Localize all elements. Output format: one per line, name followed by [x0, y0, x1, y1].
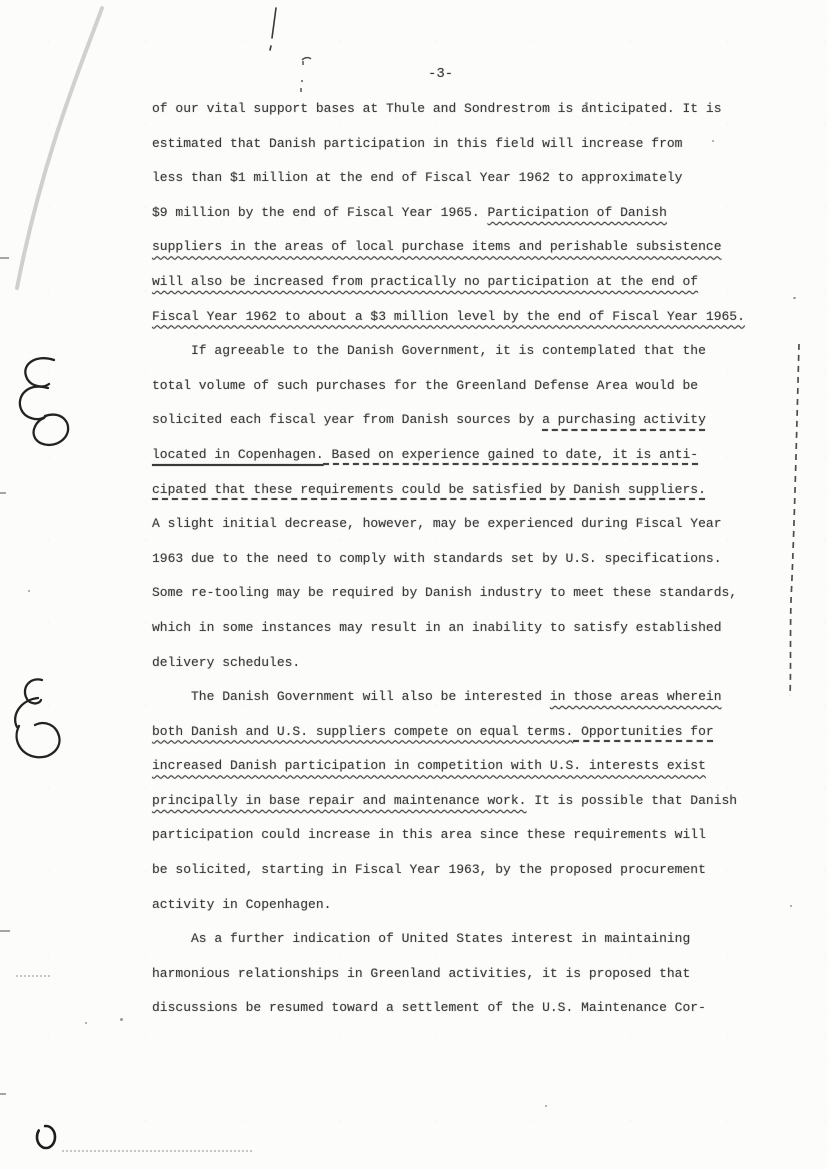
text-segment: As a further indication of United States… — [152, 931, 690, 946]
text-segment: 1963 due to the need to comply with stan… — [152, 551, 722, 566]
scan-speck — [85, 1022, 87, 1024]
text-line: principally in base repair and maintenan… — [152, 784, 812, 819]
scan-speck — [712, 140, 714, 142]
text-line: delivery schedules. — [152, 646, 812, 681]
edge-mark — [0, 257, 9, 259]
dotted-scan-line-2 — [16, 975, 50, 977]
underlined-text: Opportunities for — [573, 724, 713, 739]
underlined-text: located in Copenhagen. — [152, 447, 324, 462]
scan-speck — [640, 520, 642, 522]
text-line: activity in Copenhagen. — [152, 888, 812, 923]
text-line: increased Danish participation in compet… — [152, 749, 812, 784]
smudge-mark — [296, 52, 316, 96]
underlined-text: cipated that these requirements could be… — [152, 482, 706, 497]
text-segment: If agreeable to the Danish Government, i… — [152, 343, 706, 358]
text-segment: of our vital support bases at Thule and … — [152, 101, 722, 116]
underlined-text: principally in base repair and maintenan… — [152, 793, 526, 808]
underlined-text: Based on experience gained to date, it i… — [324, 447, 698, 462]
underlined-text: Fiscal Year 1962 to about a $3 million l… — [152, 309, 745, 324]
scan-speck — [120, 1018, 123, 1021]
scribble-mark-1 — [12, 352, 74, 450]
text-line: $9 million by the end of Fiscal Year 196… — [152, 196, 812, 231]
underlined-text: a purchasing activity — [542, 412, 706, 427]
text-segment: It is possible that Danish — [526, 793, 737, 808]
text-line: will also be increased from practically … — [152, 265, 812, 300]
text-line: The Danish Government will also be inter… — [152, 680, 812, 715]
text-segment: participation could increase in this are… — [152, 827, 706, 842]
text-segment: delivery schedules. — [152, 655, 300, 670]
text-segment: The Danish Government will also be inter… — [152, 689, 550, 704]
underlined-text: will also be increased from practically … — [152, 274, 698, 289]
text-line: A slight initial decrease, however, may … — [152, 507, 812, 542]
text-line: less than $1 million at the end of Fisca… — [152, 161, 812, 196]
text-line: cipated that these requirements could be… — [152, 473, 812, 508]
text-line: estimated that Danish participation in t… — [152, 127, 812, 162]
text-segment: less than $1 million at the end of Fisca… — [152, 170, 683, 185]
text-line: both Danish and U.S. suppliers compete o… — [152, 715, 812, 750]
text-segment: harmonious relationships in Greenland ac… — [152, 966, 690, 981]
text-line: 1963 due to the need to comply with stan… — [152, 542, 812, 577]
text-line: If agreeable to the Danish Government, i… — [152, 334, 812, 369]
text-segment: A slight initial decrease, however, may … — [152, 516, 722, 531]
text-line: located in Copenhagen. Based on experien… — [152, 438, 812, 473]
text-line: be solicited, starting in Fiscal Year 19… — [152, 853, 812, 888]
text-segment: which in some instances may result in an… — [152, 620, 722, 635]
scribble-mark-2 — [6, 676, 70, 768]
underlined-text: in those areas wherein — [550, 689, 722, 704]
text-line: solicited each fiscal year from Danish s… — [152, 403, 812, 438]
underlined-text: increased Danish participation in compet… — [152, 758, 706, 773]
text-line: As a further indication of United States… — [152, 922, 812, 957]
text-line: total volume of such purchases for the G… — [152, 369, 812, 404]
document-lines: of our vital support bases at Thule and … — [152, 92, 812, 1026]
edge-mark — [0, 930, 10, 932]
edge-mark — [0, 1093, 6, 1095]
text-line: suppliers in the areas of local purchase… — [152, 230, 812, 265]
page-number: -3- — [428, 66, 453, 82]
circle-mark — [32, 1120, 60, 1154]
text-segment: solicited each fiscal year from Danish s… — [152, 412, 542, 427]
scan-speck — [790, 905, 792, 907]
text-segment: Some re-tooling may be required by Danis… — [152, 585, 737, 600]
text-segment: estimated that Danish participation in t… — [152, 136, 683, 151]
fold-line — [0, 0, 130, 310]
scan-speck — [28, 590, 30, 592]
text-line: discussions be resumed toward a settleme… — [152, 991, 812, 1026]
edge-mark — [0, 492, 6, 494]
text-segment: activity in Copenhagen. — [152, 897, 331, 912]
slash-mark — [262, 4, 286, 54]
scan-speck — [585, 102, 588, 105]
underlined-text: suppliers in the areas of local purchase… — [152, 239, 722, 254]
text-segment: discussions be resumed toward a settleme… — [152, 1000, 706, 1015]
text-line: Some re-tooling may be required by Danis… — [152, 576, 812, 611]
text-line: Fiscal Year 1962 to about a $3 million l… — [152, 300, 812, 335]
scan-speck — [793, 297, 796, 299]
scanned-document-page: -3- of our vital support bases at Thule … — [0, 0, 828, 1169]
text-line: harmonious relationships in Greenland ac… — [152, 957, 812, 992]
text-line: participation could increase in this are… — [152, 818, 812, 853]
scan-speck — [545, 1105, 547, 1107]
text-segment: $9 million by the end of Fiscal Year 196… — [152, 205, 487, 220]
text-line: which in some instances may result in an… — [152, 611, 812, 646]
dotted-scan-line — [62, 1150, 252, 1152]
text-line: of our vital support bases at Thule and … — [152, 92, 812, 127]
text-segment: total volume of such purchases for the G… — [152, 378, 698, 393]
underlined-text: Participation of Danish — [487, 205, 666, 220]
underlined-text: both Danish and U.S. suppliers compete o… — [152, 724, 573, 739]
text-segment: be solicited, starting in Fiscal Year 19… — [152, 862, 706, 877]
